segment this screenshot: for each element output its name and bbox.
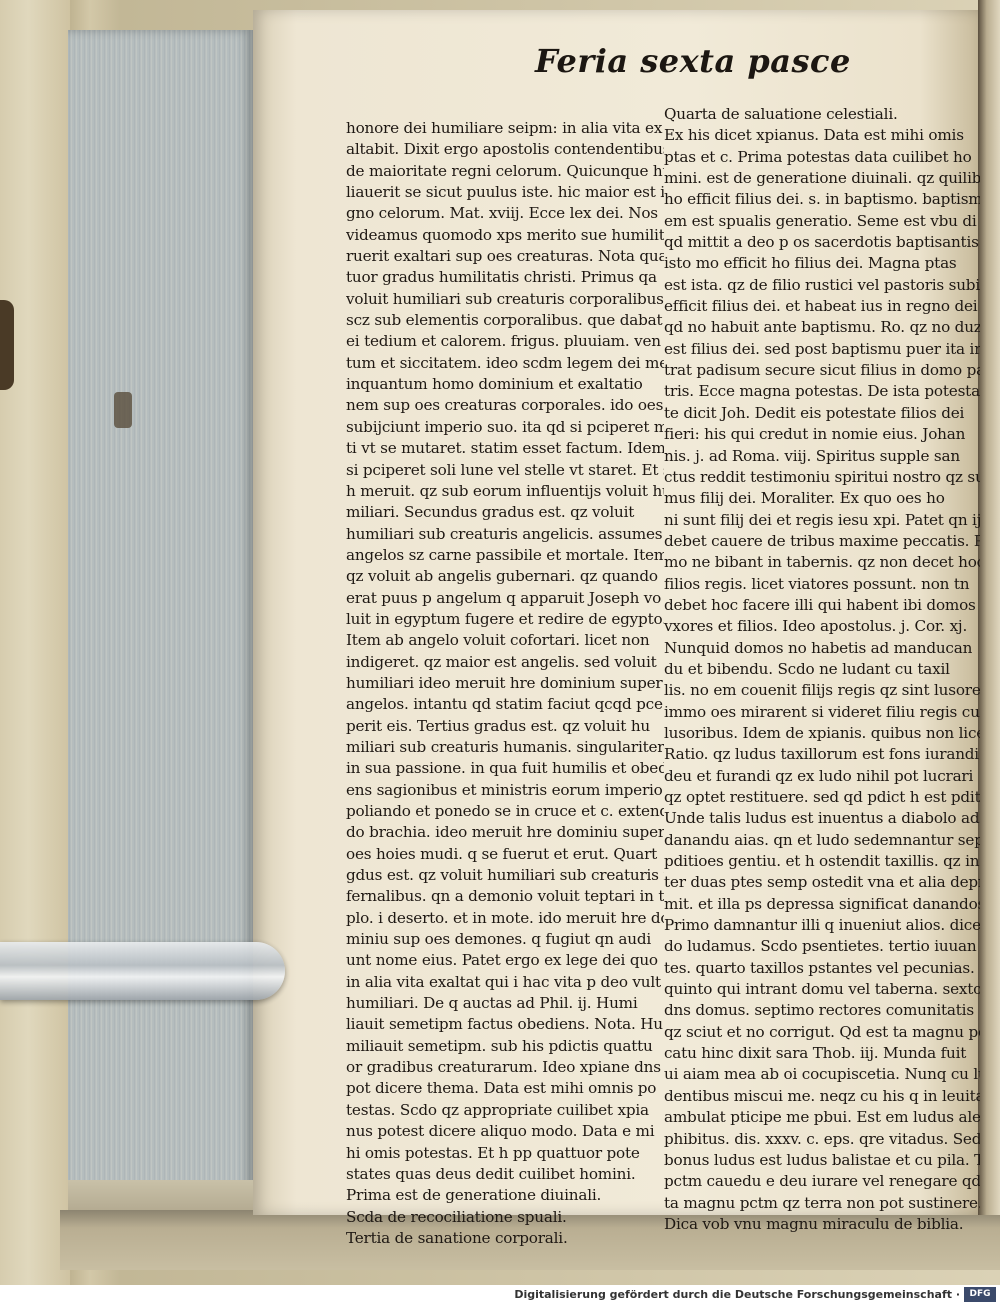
- text-line: si pciperet soli lune vel stelle vt star…: [346, 460, 664, 481]
- text-line: honore dei humiliare seipm: in alia vita…: [346, 118, 664, 139]
- text-line: voluit humiliari sub creaturis corporali…: [346, 289, 664, 310]
- text-line: quinto qui intrant domu vel taberna. sex…: [664, 979, 980, 1000]
- text-line: deu et furandi qz ex ludo nihil pot lucr…: [664, 766, 980, 787]
- text-line: mus filij dei. Moraliter. Ex quo oes ho: [664, 488, 980, 509]
- text-line: ti vt se mutaret. statim esset factum. I…: [346, 438, 664, 459]
- text-line: plo. i deserto. et in mote. ido meruit h…: [346, 908, 664, 929]
- text-line: erat puus p angelum q apparuit Joseph vo: [346, 588, 664, 609]
- text-line: Ex his dicet xpianus. Data est mihi omis: [664, 125, 980, 146]
- text-line: Ratio. qz ludus taxillorum est fons iura…: [664, 744, 980, 765]
- text-line: ho efficit filius dei. s. in baptismo. b…: [664, 189, 980, 210]
- text-line: nem sup oes creaturas corporales. ido oe…: [346, 395, 664, 416]
- text-line: ui aiam mea ab oi cocupiscetia. Nunq cu …: [664, 1064, 980, 1085]
- text-line: perit eis. Tertius gradus est. qz voluit…: [346, 716, 664, 737]
- text-line: Dica vob vnu magnu miraculu de biblia.: [664, 1214, 980, 1235]
- text-line: luit in egyptum fugere et redire de egyp…: [346, 609, 664, 630]
- text-line: videamus quomodo xps merito sue humilita…: [346, 225, 664, 246]
- running-head: Feria sexta pasce: [535, 42, 851, 80]
- text-line: ruerit exaltari sup oes creaturas. Nota …: [346, 246, 664, 267]
- text-line: Prima est de generatione diuinali.: [346, 1185, 664, 1206]
- text-line: ei tedium et calorem. frigus. pluuiam. v…: [346, 331, 664, 352]
- text-line: est ista. qz de filio rustici vel pastor…: [664, 275, 980, 296]
- book-fore-edge: [68, 30, 253, 1230]
- text-line: qz sciut et no corrigut. Qd est ta magnu…: [664, 1022, 980, 1043]
- text-line: vxores et filios. Ideo apostolus. j. Cor…: [664, 616, 980, 637]
- text-line: in alia vita exaltat qui i hac vita p de…: [346, 972, 664, 993]
- text-line: scz sub elementis corporalibus. que daba…: [346, 310, 664, 331]
- text-line: mini. est de generatione diuinali. qz qu…: [664, 168, 980, 189]
- text-line: liauerit se sicut puulus iste. hic maior…: [346, 182, 664, 203]
- text-line: Primo damnantur illi q inueniut alios. d…: [664, 915, 980, 936]
- page-weight-clip: [0, 942, 285, 1000]
- text-line: inquantum homo dominium et exaltatio: [346, 374, 664, 395]
- text-line: states quas deus dedit cuilibet homini.: [346, 1164, 664, 1185]
- text-line: danandu aias. qn et ludo sedemnantur sep…: [664, 830, 980, 851]
- text-line: gdus est. qz voluit humiliari sub creatu…: [346, 865, 664, 886]
- text-line: miliauit semetipm. sub his pdictis quatt…: [346, 1036, 664, 1057]
- dfg-logo: DFG: [964, 1287, 996, 1302]
- binding-clasp-remnant: [0, 300, 14, 390]
- text-line: dns domus. septimo rectores comunitatis: [664, 1000, 980, 1021]
- text-line: em est spualis generatio. Seme est vbu d…: [664, 211, 980, 232]
- text-line: debet cauere de tribus maxime peccatis. …: [664, 531, 980, 552]
- text-line: humiliari. De q auctas ad Phil. ij. Humi: [346, 993, 664, 1014]
- text-line: humiliari sub creaturis angelicis. assum…: [346, 524, 664, 545]
- text-line: ens sagionibus et ministris eorum imperi…: [346, 780, 664, 801]
- text-line: miniu sup oes demones. q fugiut qn audi: [346, 929, 664, 950]
- text-line: Item ab angelo voluit cofortari. licet n…: [346, 630, 664, 651]
- text-line: Nunquid domos no habetis ad manducan: [664, 638, 980, 659]
- text-line: altabit. Dixit ergo apostolis contendent…: [346, 139, 664, 160]
- text-line: in sua passione. in qua fuit humilis et …: [346, 758, 664, 779]
- text-line: tes. quarto taxillos pstantes vel pecuni…: [664, 958, 980, 979]
- text-line: ni sunt filij dei et regis iesu xpi. Pat…: [664, 510, 980, 531]
- text-line: testas. Scdo qz appropriate cuilibet xpi…: [346, 1100, 664, 1121]
- text-line: du et bibendu. Scdo ne ludant cu taxil: [664, 659, 980, 680]
- text-line: oes hoies mudi. q se fuerut et erut. Qua…: [346, 844, 664, 865]
- text-line: Tertia de sanatione corporali.: [346, 1228, 664, 1249]
- text-line: trat padisum secure sicut filius in domo…: [664, 360, 980, 381]
- book-photograph: Feria sexta pasce honore dei humiliare s…: [0, 0, 1000, 1285]
- text-line: poliando et ponedo se in cruce et c. ext…: [346, 801, 664, 822]
- text-line: unt nome eius. Patet ergo ex lege dei qu…: [346, 950, 664, 971]
- text-line: miliari sub creaturis humanis. singulari…: [346, 737, 664, 758]
- text-line: phibitus. dis. xxxv. c. eps. qre vitadus…: [664, 1129, 980, 1150]
- page-gutter: [978, 0, 1000, 1215]
- text-line: pctm cauedu e deu iurare vel renegare qd…: [664, 1171, 980, 1192]
- text-line: pot dicere thema. Data est mihi omnis po: [346, 1078, 664, 1099]
- right-text-column: Quarta de saluatione celestiali.Ex his d…: [664, 104, 980, 1235]
- text-line: hi omis potestas. Et h pp quattuor pote: [346, 1143, 664, 1164]
- edge-stain: [114, 392, 132, 428]
- text-line: miliari. Secundus gradus est. qz voluit: [346, 502, 664, 523]
- funding-credit: Digitalisierung gefördert durch die Deut…: [514, 1288, 960, 1301]
- text-line: or gradibus creaturarum. Ideo xpiane dns…: [346, 1057, 664, 1078]
- text-line: pditioes gentiu. et h ostendit taxillis.…: [664, 851, 980, 872]
- text-line: bonus ludus est ludus balistae et cu pil…: [664, 1150, 980, 1171]
- text-line: mo ne bibant in tabernis. qz non decet h…: [664, 552, 980, 573]
- text-line: angelos. intantu qd statim faciut qcqd p…: [346, 694, 664, 715]
- text-line: subijciunt imperio suo. ita qd si pciper…: [346, 417, 664, 438]
- text-line: qd mittit a deo p os sacerdotis baptisan…: [664, 232, 980, 253]
- text-line: do ludamus. Scdo psentietes. tertio iuua…: [664, 936, 980, 957]
- text-line: liauit semetipm factus obediens. Nota. H…: [346, 1014, 664, 1035]
- text-line: humiliari ideo meruit hre dominium super: [346, 673, 664, 694]
- binding-leather: [0, 0, 70, 1285]
- text-line: indigeret. qz maior est angelis. sed vol…: [346, 652, 664, 673]
- text-line: debet hoc facere illi qui habent ibi dom…: [664, 595, 980, 616]
- text-line: filios regis. licet viatores possunt. no…: [664, 574, 980, 595]
- text-line: angelos sz carne passibile et mortale. I…: [346, 545, 664, 566]
- text-line: gno celorum. Mat. xviij. Ecce lex dei. N…: [346, 203, 664, 224]
- text-line: nus potest dicere aliquo modo. Data e mi: [346, 1121, 664, 1142]
- text-line: qz voluit ab angelis gubernari. qz quand…: [346, 566, 664, 587]
- text-line: est filius dei. sed post baptismu puer i…: [664, 339, 980, 360]
- text-line: lis. no em couenit filijs regis qz sint …: [664, 680, 980, 701]
- text-line: ambulat pticipe me pbui. Est em ludus al…: [664, 1107, 980, 1128]
- text-line: ter duas ptes semp ostedit vna et alia d…: [664, 872, 980, 893]
- text-line: do brachia. ideo meruit hre dominiu supe…: [346, 822, 664, 843]
- text-line: qz optet restituere. sed qd pdict h est …: [664, 787, 980, 808]
- text-line: tum et siccitatem. ideo scdm legem dei m…: [346, 353, 664, 374]
- text-line: efficit filius dei. et habeat ius in reg…: [664, 296, 980, 317]
- text-line: isto mo efficit ho filius dei. Magna pta…: [664, 253, 980, 274]
- text-line: catu hinc dixit sara Thob. iij. Munda fu…: [664, 1043, 980, 1064]
- text-line: immo oes mirarent si videret filiu regis…: [664, 702, 980, 723]
- digitization-caption-bar: Digitalisierung gefördert durch die Deut…: [0, 1285, 1000, 1305]
- text-line: fieri: his qui credut in nomie eius. Joh…: [664, 424, 980, 445]
- text-line: mit. et illa ps depressa significat dana…: [664, 894, 980, 915]
- text-line: ta magnu pctm qz terra non pot sustinere…: [664, 1193, 980, 1214]
- text-line: Scda de recociliatione spuali.: [346, 1207, 664, 1228]
- text-line: dentibus miscui me. neqz cu his q in leu…: [664, 1086, 980, 1107]
- text-line: de maioritate regni celorum. Quicunque h…: [346, 161, 664, 182]
- text-line: lusoribus. Idem de xpianis. quibus non l…: [664, 723, 980, 744]
- text-line: tris. Ecce magna potestas. De ista potes…: [664, 381, 980, 402]
- text-line: tuor gradus humilitatis christi. Primus …: [346, 267, 664, 288]
- text-line: Unde talis ludus est inuentus a diabolo …: [664, 808, 980, 829]
- text-line: ptas et c. Prima potestas data cuilibet …: [664, 147, 980, 168]
- text-line: fernalibus. qn a demonio voluit teptari …: [346, 886, 664, 907]
- text-line: te dicit Joh. Dedit eis potestate filios…: [664, 403, 980, 424]
- text-line: qd no habuit ante baptismu. Ro. qz no du…: [664, 317, 980, 338]
- text-line: nis. j. ad Roma. viij. Spiritus supple s…: [664, 446, 980, 467]
- left-text-column: honore dei humiliare seipm: in alia vita…: [346, 118, 664, 1249]
- text-line: Quarta de saluatione celestiali.: [664, 104, 980, 125]
- text-line: h meruit. qz sub eorum influentijs volui…: [346, 481, 664, 502]
- text-line: ctus reddit testimoniu spiritui nostro q…: [664, 467, 980, 488]
